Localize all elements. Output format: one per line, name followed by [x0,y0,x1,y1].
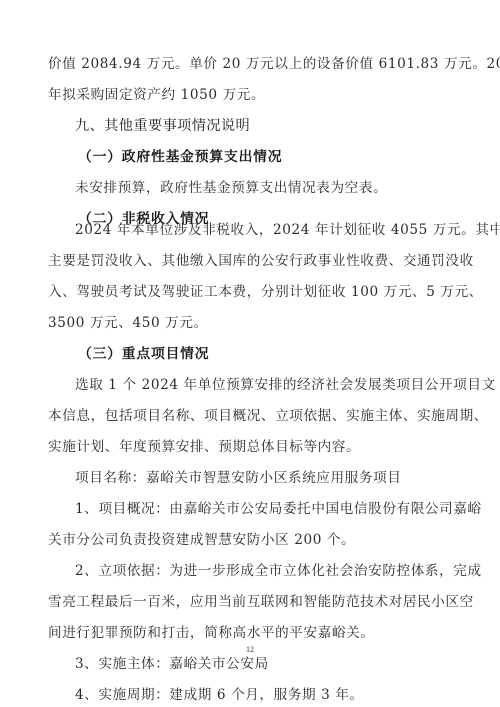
paragraph-line: 关市分公司负责投资建成智慧安防小区 200 个。 [48,531,454,549]
project-name: 项目名称：嘉峪关市智慧安防小区系统应用服务项目 [75,469,454,487]
paragraph-line: 1、项目概况：由嘉峪关市公安局委托中国电信股份有限公司嘉峪 [75,500,454,518]
subsection-heading: （三）重点项目情况 [78,345,484,363]
paragraph-line: 2、立项依据：为进一步形成全市立体化社会治安防控体系，完成 [75,562,454,580]
paragraph-line: 未安排预算，政府性基金预算支出情况表为空表。 [75,179,454,197]
paragraph-line: 雪亮工程最后一百米，应用当前互联网和智能防范技术对居民小区空 [48,593,454,611]
paragraph-line: 2024 年本单位涉及非税收入，2024 年计划征收 4055 万元。其中： [75,221,454,239]
paragraph-line: 实施计划、年度预算安排、预期总体目标等内容。 [48,438,454,456]
section-heading: 九、其他重要事项情况说明 [75,117,454,135]
paragraph-line: 选取 1 个 2024 年单位预算安排的经济社会发展类项目公开项目文 [75,376,454,394]
paragraph-line: 主要是罚没收入、其他缴入国库的公安行政事业性收费、交通罚没收 [48,252,454,270]
paragraph-line: 3500 万元、450 万元。 [48,314,454,332]
page-number: 12 [0,645,500,654]
paragraph-line: 年拟采购固定资产约 1050 万元。 [48,86,454,104]
paragraph-line: 3、实施主体：嘉峪关市公安局 [75,655,454,673]
paragraph-line: 价值 2084.94 万元。单价 20 万元以上的设备价值 6101.83 万元… [48,55,454,73]
document-page: 价值 2084.94 万元。单价 20 万元以上的设备价值 6101.83 万元… [0,0,500,707]
paragraph-line: 4、实施周期：建成期 6 个月，服务期 3 年。 [75,686,454,704]
paragraph-line: 间进行犯罪预防和打击，简称高水平的平安嘉峪关。 [48,624,454,642]
paragraph-line: 本信息，包括项目名称、项目概况、立项依据、实施主体、实施周期、 [48,407,454,425]
subsection-heading: （一）政府性基金预算支出情况 [78,148,484,166]
paragraph-line: 入、驾驶员考试及驾驶证工本费，分别计划征收 100 万元、5 万元、 [48,283,454,301]
